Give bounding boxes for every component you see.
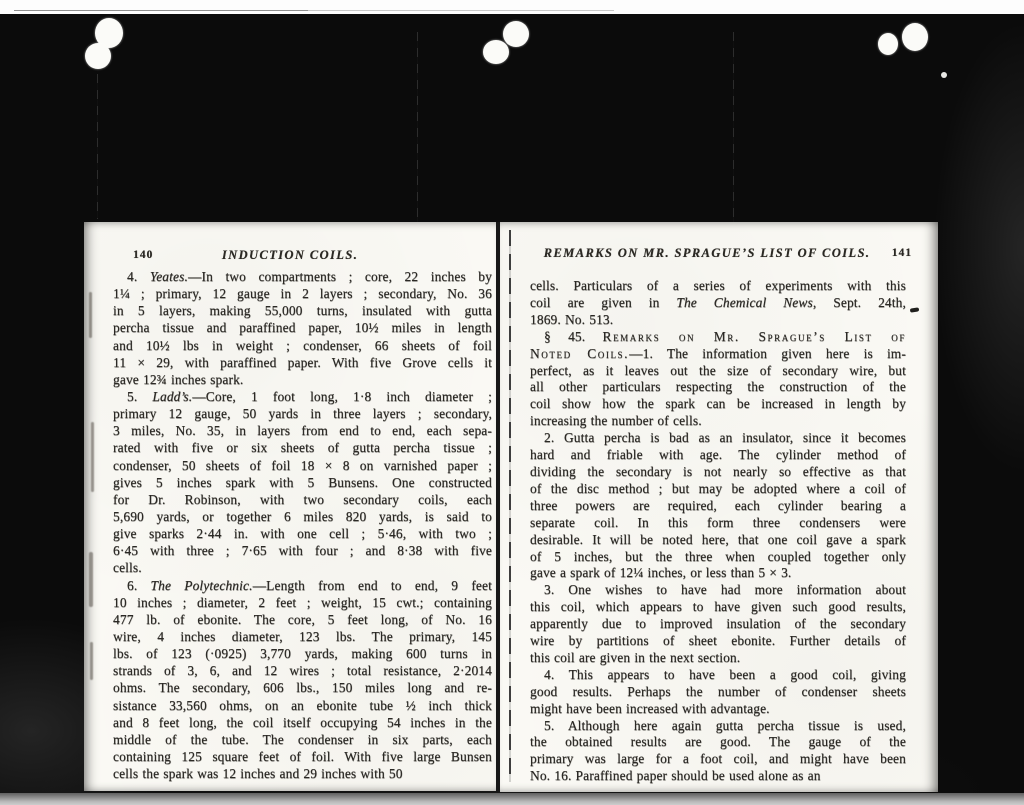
text-line: 1869. No. 513. (530, 312, 906, 329)
text-segment: apparently due to improved insulation of… (530, 616, 906, 631)
text-line: 3. One wishes to have had more informati… (530, 582, 906, 599)
text-line: give sparks 2·44 in. with one cell ; 5·4… (113, 525, 492, 542)
text-line: and 10½ lbs in weight ; condenser, 66 sh… (113, 337, 492, 354)
text-segment: primary 12 gauge, 50 yards in three laye… (113, 406, 492, 421)
text-segment: wire by partitions of sheet ebonite. Fur… (530, 633, 906, 648)
text-segment: primary was large for a foot coil, and m… (530, 751, 906, 766)
text-segment: 11 × 29, with paraffined paper. With fiv… (113, 355, 492, 370)
text-line: 11 × 29, with paraffined paper. With fiv… (113, 354, 492, 371)
punch-hole-mark (85, 43, 111, 69)
text-line: Noted Coils.—1. The information given he… (530, 346, 906, 363)
text-line: and 8 feet long, the coil itself occupyi… (113, 714, 492, 731)
paragraph: cells. Particulars of a series of experi… (530, 278, 906, 329)
text-line: lbs. of 123 (·0925) 3,770 yards, making … (113, 645, 492, 662)
text-segment: desirable. It will be noted here, that o… (530, 532, 906, 547)
text-segment: —In two compartments ; core, 22 inches b… (188, 269, 492, 284)
text-line: three powers are required, each cylinder… (530, 498, 906, 515)
text-segment: this coil are given in the next section. (530, 650, 740, 665)
text-segment: 1¼ ; primary, 12 gauge in 2 layers ; sec… (113, 286, 492, 301)
text-line: ohms. The secondary, 606 lbs., 150 miles… (113, 679, 492, 696)
text-segment: strands of 3, 6, and 12 wires ; total re… (113, 663, 492, 678)
text-line: 5. Ladd’s.—Core, 1 foot long, 1·8 inch d… (113, 388, 492, 405)
scan-artifact-streak (89, 292, 92, 338)
text-line: cells. Particulars of a series of experi… (530, 278, 906, 295)
paragraph: 2. Gutta percha is bad as an insulator, … (530, 430, 906, 582)
text-line: 5,690 yards, or together 6 miles 820 yar… (113, 508, 492, 525)
text-line: cells. (113, 559, 492, 576)
text-segment: increasing the number of cells. (530, 413, 702, 428)
text-line: § 45. Remarks on Mr. Sprague’s List of (530, 329, 906, 346)
text-segment: middle of the tube. The condenser in six… (113, 732, 492, 747)
text-segment: cells. (113, 560, 142, 575)
text-line: might have been increased with advantage… (530, 701, 906, 718)
text-line: this coil, which appears to have given s… (530, 599, 906, 616)
punch-hole-mark (902, 23, 928, 51)
text-line: perfect, as it leaves out the size of se… (530, 363, 906, 380)
text-segment: coil are given in (530, 295, 676, 310)
text-line: hard and friable with age. The cylinder … (530, 447, 906, 464)
paragraph: 6. The Polytechnic.—Length from end to e… (113, 577, 492, 783)
text-segment: gave 12¾ inches spark. (113, 372, 243, 387)
text-segment: 4. This appears to have been a good coil… (544, 667, 906, 682)
text-segment: Remarks on Mr. Sprague’s List of (603, 329, 906, 344)
text-segment: wire, 4 inches diameter, 123 lbs. The pr… (113, 629, 492, 644)
text-line: gave a spark of 12¼ inches, or less than… (530, 565, 906, 582)
text-line: the obtained results are good. The gauge… (530, 734, 906, 751)
text-segment: No. 16. Paraffined paper should be used … (530, 768, 821, 783)
paragraph: 4. This appears to have been a good coil… (530, 667, 906, 718)
page-number: 140 (133, 249, 153, 261)
margin-dash-mark (910, 307, 919, 312)
scan-artifact-streak (91, 422, 94, 492)
text-line: gives 5 inches spark with 5 Bunsens. One… (113, 474, 492, 491)
text-segment: 10 inches ; diameter, 2 feet ; weight, 1… (113, 595, 492, 610)
scan-artifact-line (14, 10, 308, 11)
text-line: desirable. It will be noted here, that o… (530, 532, 906, 549)
text-line: 3 miles, No. 35, in layers from end to e… (113, 422, 492, 439)
text-line: rated with five or six sheets of gutta p… (113, 439, 492, 456)
text-segment: cells the spark was 12 inches and 29 inc… (113, 766, 403, 781)
text-segment: Noted Coils. (530, 346, 629, 361)
text-segment: 5,690 yards, or together 6 miles 820 yar… (113, 509, 492, 524)
page-number: 141 (892, 247, 912, 259)
text-line: 6. The Polytechnic.—Length from end to e… (113, 577, 492, 594)
text-segment: dividing the secondary is not nearly so … (530, 464, 906, 479)
text-segment: The Chemical News (676, 295, 813, 310)
text-segment: percha tissue and paraffined paper, 10½ … (113, 320, 492, 335)
text-segment: sistance 33,560 ohms, on an ebonite tube… (113, 698, 492, 713)
text-segment: , Sept. 24th, (813, 295, 906, 310)
text-segment: this coil, which appears to have given s… (530, 599, 906, 614)
text-segment: separate coil. In this form three conden… (530, 515, 906, 530)
text-segment: of the disc method ; but may be adopted … (530, 481, 906, 496)
text-segment: lbs. of 123 (·0925) 3,770 yards, making … (113, 646, 492, 661)
scan-artifact-line (97, 74, 98, 219)
page-left-header-row: 140 INDUCTION COILS. (84, 248, 496, 263)
paragraph: 3. One wishes to have had more informati… (530, 582, 906, 667)
text-line: 4. This appears to have been a good coil… (530, 667, 906, 684)
page-left-body: 4. Yeates.—In two compartments ; core, 2… (113, 268, 492, 782)
text-line: 10 inches ; diameter, 2 feet ; weight, 1… (113, 594, 492, 611)
text-segment: 3 miles, No. 35, in layers from end to e… (113, 423, 492, 438)
text-segment: all other particulars respecting the con… (530, 379, 906, 394)
text-segment: cells. Particulars of a series of experi… (530, 278, 906, 293)
running-header: REMARKS ON MR. SPRAGUE’S LIST OF COILS. (524, 246, 890, 261)
text-segment: 6·45 with three ; 7·65 with four ; and 8… (113, 543, 492, 558)
text-line: percha tissue and paraffined paper, 10½ … (113, 319, 492, 336)
text-segment: 5. Although here again gutta percha tiss… (544, 718, 906, 733)
text-segment: § 45. (544, 329, 603, 344)
text-segment: 2. Gutta percha is bad as an insulator, … (544, 430, 906, 445)
text-segment: hard and friable with age. The cylinder … (530, 447, 906, 462)
text-line: 1¼ ; primary, 12 gauge in 2 layers ; sec… (113, 285, 492, 302)
text-line: dividing the secondary is not nearly so … (530, 464, 906, 481)
text-segment: perfect, as it leaves out the size of se… (530, 363, 906, 378)
paragraph: § 45. Remarks on Mr. Sprague’s List ofNo… (530, 329, 906, 430)
page-right: REMARKS ON MR. SPRAGUE’S LIST OF COILS. … (500, 222, 938, 792)
page-right-body: cells. Particulars of a series of experi… (530, 278, 906, 785)
text-line: 2. Gutta percha is bad as an insulator, … (530, 430, 906, 447)
text-line: containing 125 square feet of foil. With… (113, 748, 492, 765)
punch-hole-mark (483, 40, 509, 64)
text-segment: might have been increased with advantage… (530, 701, 770, 716)
text-segment: for Dr. Robinson, with two secondary coi… (113, 492, 492, 507)
top-film-edge (0, 0, 1024, 14)
scan-artifact-line (308, 10, 614, 11)
text-segment: Ladd’s. (152, 389, 192, 404)
scan-artifact-line (417, 32, 418, 222)
text-line: good results. Perhaps the number of cond… (530, 684, 906, 701)
text-segment: gives 5 inches spark with 5 Bunsens. One… (113, 475, 492, 490)
text-segment: 5. (127, 389, 152, 404)
text-segment: 3. One wishes to have had more informati… (544, 582, 906, 597)
text-segment: and 10½ lbs in weight ; condenser, 66 sh… (113, 338, 492, 353)
text-line: for Dr. Robinson, with two secondary coi… (113, 491, 492, 508)
text-line: middle of the tube. The condenser in six… (113, 731, 492, 748)
text-line: 4. Yeates.—In two compartments ; core, 2… (113, 268, 492, 285)
text-segment: 6. (127, 578, 151, 593)
text-line: coil show how the spark can be increased… (530, 396, 906, 413)
text-segment: 1869. No. 513. (530, 312, 613, 327)
text-segment: rated with five or six sheets of gutta p… (113, 440, 492, 455)
text-line: in 5 layers, making 55,000 turns, insula… (113, 302, 492, 319)
text-segment: in 5 layers, making 55,000 turns, insula… (113, 303, 492, 318)
text-segment: 4. (127, 269, 150, 284)
text-line: sistance 33,560 ohms, on an ebonite tube… (113, 697, 492, 714)
scan-artifact-streak (89, 552, 93, 607)
text-line: condenser, 50 sheets of foil 18 × 8 on v… (113, 457, 492, 474)
text-line: wire, 4 inches diameter, 123 lbs. The pr… (113, 628, 492, 645)
text-segment: 477 lb. of ebonite. The core, 5 feet lon… (113, 612, 492, 627)
text-line: coil are given in The Chemical News, Sep… (530, 295, 906, 312)
page-right-header-row: REMARKS ON MR. SPRAGUE’S LIST OF COILS. … (500, 246, 938, 261)
text-line: of 5 inches, but the three when coupled … (530, 549, 906, 566)
text-segment: three powers are required, each cylinder… (530, 498, 906, 513)
text-line: primary was large for a foot coil, and m… (530, 751, 906, 768)
text-line: increasing the number of cells. (530, 413, 906, 430)
text-segment: the obtained results are good. The gauge… (530, 734, 906, 749)
text-line: apparently due to improved insulation of… (530, 616, 906, 633)
text-segment: The Polytechnic. (151, 578, 253, 593)
text-segment: —Length from end to end, 9 feet (253, 578, 492, 593)
text-segment: condenser, 50 sheets of foil 18 × 8 on v… (113, 458, 492, 473)
text-segment: coil show how the spark can be increased… (530, 396, 906, 411)
text-line: 6·45 with three ; 7·65 with four ; and 8… (113, 542, 492, 559)
text-segment: ohms. The secondary, 606 lbs., 150 miles… (113, 680, 492, 695)
text-segment: gave a spark of 12¼ inches, or less than… (530, 565, 791, 580)
paragraph: 4. Yeates.—In two compartments ; core, 2… (113, 268, 492, 388)
text-line: 477 lb. of ebonite. The core, 5 feet lon… (113, 611, 492, 628)
text-segment: and 8 feet long, the coil itself occupyi… (113, 715, 492, 730)
bottom-scanner-strip (0, 793, 1024, 805)
text-segment: of 5 inches, but the three when coupled … (530, 549, 906, 564)
text-line: all other particulars respecting the con… (530, 379, 906, 396)
text-line: No. 16. Paraffined paper should be used … (530, 768, 906, 785)
scan-artifact-streak (90, 642, 93, 680)
text-line: primary 12 gauge, 50 yards in three laye… (113, 405, 492, 422)
text-segment: good results. Perhaps the number of cond… (530, 684, 906, 699)
text-segment: Yeates. (150, 269, 188, 284)
text-line: of the disc method ; but may be adopted … (530, 481, 906, 498)
text-segment: —Core, 1 foot long, 1·8 inch diameter ; (192, 389, 492, 404)
gutter-line (509, 230, 511, 782)
text-line: separate coil. In this form three conden… (530, 515, 906, 532)
text-line: gave 12¾ inches spark. (113, 371, 492, 388)
scan-artifact-line (733, 32, 734, 222)
punch-hole-mark (878, 33, 898, 55)
text-line: strands of 3, 6, and 12 wires ; total re… (113, 662, 492, 679)
text-line: this coil are given in the next section. (530, 650, 906, 667)
text-line: cells the spark was 12 inches and 29 inc… (113, 765, 492, 782)
film-speck (941, 72, 947, 78)
running-header: INDUCTION COILS. (114, 248, 466, 263)
text-segment: containing 125 square feet of foil. With… (113, 749, 492, 764)
text-segment: —1. The information given here is im- (629, 346, 906, 361)
page-left: 140 INDUCTION COILS. 4. Yeates.—In two c… (84, 222, 500, 791)
paragraph: 5. Ladd’s.—Core, 1 foot long, 1·8 inch d… (113, 388, 492, 577)
text-line: 5. Although here again gutta percha tiss… (530, 718, 906, 735)
paragraph: 5. Although here again gutta percha tiss… (530, 718, 906, 786)
text-line: wire by partitions of sheet ebonite. Fur… (530, 633, 906, 650)
text-segment: give sparks 2·44 in. with one cell ; 5·4… (113, 526, 492, 541)
punch-hole-mark (503, 21, 529, 47)
